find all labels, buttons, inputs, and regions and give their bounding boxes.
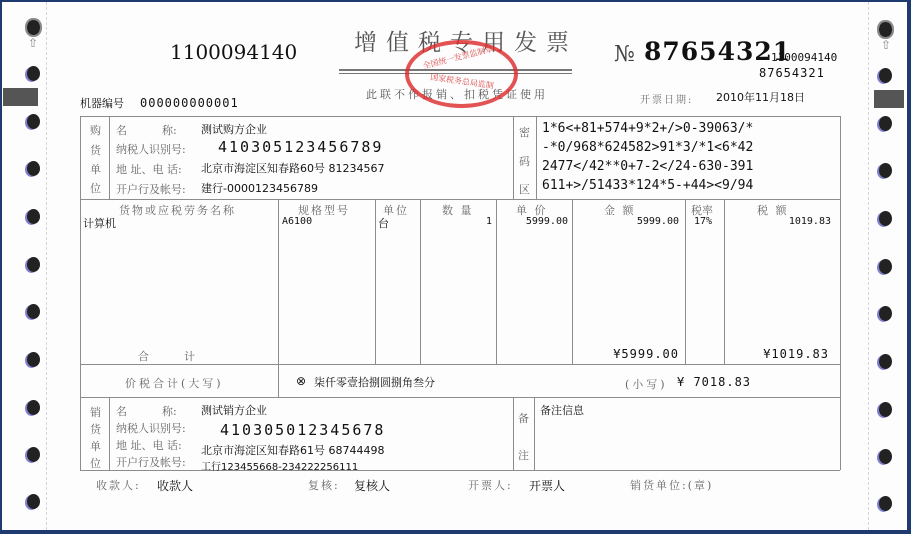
buyer-taxid: 410305123456789 [218, 138, 383, 156]
feed-hole-icon [27, 66, 40, 81]
cipher-side-label: 密 [519, 124, 530, 140]
buyer-address-label: 地 址、电 话: [116, 161, 182, 177]
buyer-side-label: 单 [90, 161, 101, 177]
table-grid-line [80, 470, 840, 471]
feed-hole-icon [27, 20, 40, 35]
buyer-side-label: 位 [90, 180, 101, 196]
seller-seal-label: 销货单位:(章) [630, 477, 713, 493]
feed-hole-icon [879, 402, 892, 417]
table-grid-line [724, 199, 725, 364]
feed-hole-icon [27, 257, 40, 272]
buyer-address: 北京市海淀区知春路60号 81234567 [201, 160, 384, 176]
buyer-side-label: 货 [90, 142, 101, 158]
item-unit: 台 [378, 215, 389, 231]
table-grid-line [80, 116, 81, 470]
feed-hole-icon [879, 496, 892, 511]
feed-hole-icon [879, 306, 892, 321]
issuer: 开票人 [529, 477, 565, 494]
table-grid-line [572, 199, 573, 364]
seller-bank: 工行123455668-234222256111 [201, 458, 358, 473]
item-quantity: 1 [422, 216, 492, 227]
alignment-mark [3, 88, 38, 106]
feed-hole-icon [27, 352, 40, 367]
table-grid-line [80, 116, 840, 117]
table-grid-line [534, 397, 535, 470]
feed-hole-icon [27, 114, 40, 129]
remarks-side-label: 注 [518, 447, 529, 463]
alignment-mark [874, 90, 904, 108]
feed-hole-icon [879, 68, 892, 83]
item-tax-rate: 17% [694, 216, 712, 227]
item-spec: A6100 [282, 216, 312, 227]
table-grid-line [685, 199, 686, 364]
grand-total-lowercase-label: (小写) [625, 376, 668, 392]
feed-hole-icon [879, 259, 892, 274]
table-grid-line [420, 199, 421, 364]
right-perforation [868, 2, 869, 530]
table-grid-line [80, 397, 840, 398]
date-label: 开票日期: [640, 91, 693, 106]
feed-hole-icon [27, 209, 40, 224]
cipher-line: 2477</42**0+7-2</24-630-391 [542, 157, 753, 176]
feed-hole-icon [879, 22, 892, 37]
grand-total-lowercase: ¥ 7018.83 [677, 375, 751, 389]
buyer-bank: 建行-0000123456789 [201, 180, 318, 196]
table-grid-line [109, 397, 110, 470]
reviewer-label: 复核: [308, 477, 340, 493]
grand-total-label: 价税合计(大写) [125, 375, 224, 391]
seller-side-label: 货 [90, 421, 101, 437]
feed-hole-icon [27, 494, 40, 509]
subtotal-amount: ¥5999.00 [574, 347, 679, 361]
item-amount: 5999.00 [574, 216, 679, 227]
buyer-name: 测试购方企业 [201, 121, 267, 137]
item-unit-price: 5999.00 [498, 216, 568, 227]
table-grid-line [80, 364, 840, 365]
subtotal-label: 合 计 [138, 348, 195, 364]
invoice-number: 87654321 [644, 37, 791, 66]
buyer-name-label: 名 称: [116, 122, 177, 138]
remarks-text: 备注信息 [540, 402, 584, 418]
number-sign: № [614, 42, 635, 67]
payee-label: 收款人: [96, 477, 141, 493]
feed-hole-icon [27, 161, 40, 176]
buyer-taxid-label: 纳税人识别号: [116, 141, 186, 157]
feed-hole-icon [879, 449, 892, 464]
issuer-label: 开票人: [468, 477, 513, 493]
cross-circle-icon: ⊗ [296, 374, 306, 388]
seller-side-label: 单 [90, 438, 101, 454]
cipher-side-label: 区 [519, 181, 530, 197]
item-tax: 1019.83 [726, 216, 831, 227]
cipher-line: -*0/968*624582>91*3/*1<6*42 [542, 138, 753, 157]
invoice-date: 2010年11月18日 [716, 89, 805, 105]
cipher-line: 1*6<+81+574+9*2+/>0-39063/* [542, 119, 753, 138]
table-grid-line [496, 199, 497, 364]
feed-hole-icon [879, 354, 892, 369]
seller-taxid-label: 纳税人识别号: [116, 420, 186, 436]
table-grid-line [513, 116, 514, 199]
arrow-up-icon: ⇧ [28, 37, 38, 49]
reviewer: 复核人 [354, 477, 390, 494]
column-header-name: 货物或应税劳务名称 [119, 202, 236, 218]
table-grid-line [109, 116, 110, 199]
table-grid-line [840, 116, 841, 470]
feed-hole-icon [879, 163, 892, 178]
machine-number-label: 机器编号 [80, 95, 124, 111]
subtotal-tax: ¥1019.83 [726, 347, 829, 361]
grand-total-uppercase: 柒仟零壹拾捌圆捌角叁分 [314, 374, 435, 390]
item-name: 计算机 [83, 215, 116, 231]
feed-hole-icon [27, 447, 40, 462]
seller-side-label: 销 [90, 404, 101, 420]
table-grid-line [80, 199, 840, 200]
seller-taxid: 410305012345678 [220, 421, 385, 439]
invoice-code: 1100094140 [170, 40, 297, 64]
cipher-side-label: 码 [519, 153, 530, 169]
left-perforation [46, 2, 47, 530]
buyer-side-label: 购 [90, 122, 101, 138]
buyer-bank-label: 开户行及帐号: [116, 181, 186, 197]
table-grid-line [536, 116, 537, 199]
table-grid-line [513, 397, 514, 470]
small-invoice-code: 1100094140 [771, 51, 837, 64]
small-invoice-number: 87654321 [759, 66, 825, 80]
invoice-paper: ⇧ ⇧ 1100094140 增值税专用发票 此联不作报销、扣税凭证使用 全国统… [2, 2, 907, 530]
feed-hole-icon [879, 211, 892, 226]
seller-name: 测试销方企业 [201, 402, 267, 418]
table-grid-line [278, 199, 279, 397]
seller-name-label: 名 称: [116, 403, 177, 419]
seller-bank-label: 开户行及帐号: [116, 454, 186, 470]
seller-side-label: 位 [90, 455, 101, 471]
seller-address: 北京市海淀区知春路61号 68744498 [201, 442, 384, 458]
feed-hole-icon [27, 304, 40, 319]
feed-hole-icon [879, 116, 892, 131]
arrow-up-icon: ⇧ [881, 39, 891, 51]
payee: 收款人 [157, 477, 193, 494]
machine-number: 000000000001 [140, 96, 239, 110]
seller-address-label: 地 址、电 话: [116, 437, 182, 453]
feed-hole-icon [27, 400, 40, 415]
remarks-side-label: 备 [518, 410, 529, 426]
table-grid-line [375, 199, 376, 364]
cipher-line: 611+>/51433*124*5-+44><9/94 [542, 176, 753, 195]
